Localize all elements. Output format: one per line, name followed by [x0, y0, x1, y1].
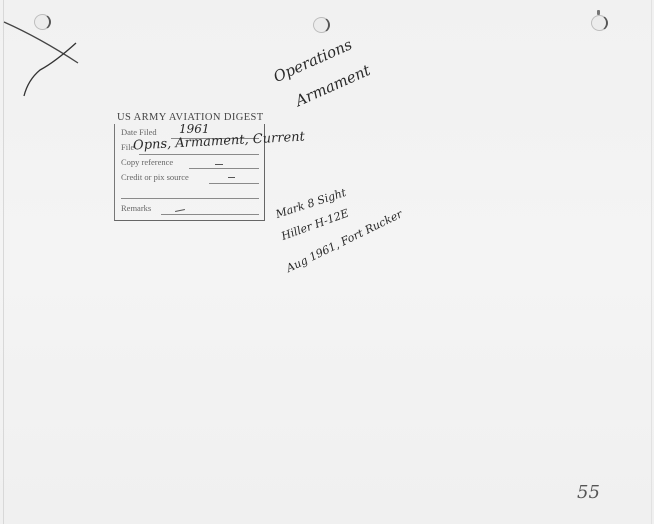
stamp-line — [139, 154, 259, 155]
stamp-label-remarks: Remarks — [121, 203, 151, 213]
stamp-label-credit: Credit or pix source — [121, 172, 189, 182]
stamp-value-dash — [228, 177, 235, 178]
punch-hole-tab — [597, 10, 600, 15]
stamp-label-date-filed: Date Filed — [121, 127, 157, 137]
stamp-line — [209, 183, 259, 184]
stamp-label-copy-reference: Copy reference — [121, 157, 173, 167]
handwritten-page-number: 55 — [577, 482, 600, 503]
stamp-value-dash — [175, 209, 185, 212]
stamp-line — [189, 168, 259, 169]
stamp-line — [161, 214, 259, 215]
punch-hole-icon — [313, 17, 330, 33]
scanned-page: US ARMY AVIATION DIGEST Date Filed 1961 … — [0, 0, 654, 524]
x-mark-icon — [0, 0, 100, 110]
stamp-value-dash — [215, 164, 223, 165]
stamp-line-blank — [121, 198, 259, 199]
paper-edge-right — [651, 0, 652, 524]
punch-hole-icon — [591, 15, 608, 31]
